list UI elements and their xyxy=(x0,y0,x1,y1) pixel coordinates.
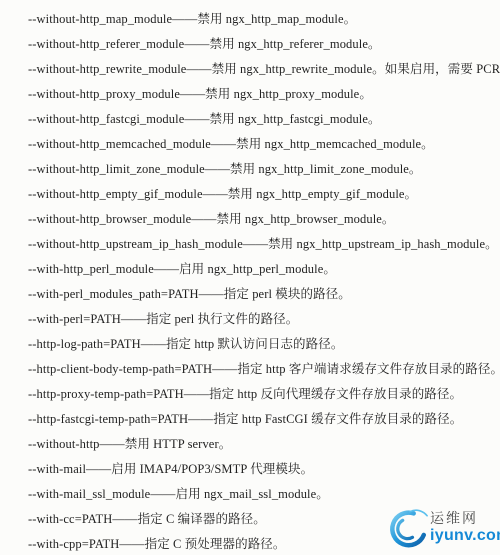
watermark-domain: iyunv.com xyxy=(430,527,500,544)
config-option-line: --http-log-path=PATH——指定 http 默认访问日志的路径。 xyxy=(28,330,500,355)
config-option-line: --with-perl_modules_path=PATH——指定 perl 模… xyxy=(28,280,500,305)
config-option-line: --without-http_memcached_module——禁用 ngx_… xyxy=(28,130,500,155)
document-lines: --without-http_map_module——禁用 ngx_http_m… xyxy=(28,5,500,555)
config-option-line: --with-mail——启用 IMAP4/POP3/SMTP 代理模块。 xyxy=(28,455,500,480)
config-option-line: --without-http_rewrite_module——禁用 ngx_ht… xyxy=(28,55,500,80)
config-option-line: --without-http——禁用 HTTP server。 xyxy=(28,430,500,455)
watermark-text: 运维网 iyunv.com xyxy=(430,503,500,544)
config-option-line: --http-fastcgi-temp-path=PATH——指定 http F… xyxy=(28,405,500,430)
watermark-site-name: 运维网 xyxy=(430,511,500,526)
config-option-line: --without-http_referer_module——禁用 ngx_ht… xyxy=(28,30,500,55)
config-option-line: --with-perl=PATH——指定 perl 执行文件的路径。 xyxy=(28,305,500,330)
config-option-line: --without-http_fastcgi_module——禁用 ngx_ht… xyxy=(28,105,500,130)
config-option-line: --without-http_upstream_ip_hash_module——… xyxy=(28,230,500,255)
iyunv-watermark: 运维网 iyunv.com xyxy=(388,503,498,553)
scanned-document-page: --without-http_map_module——禁用 ngx_http_m… xyxy=(0,0,500,555)
config-option-line: --with-http_perl_module——启用 ngx_http_per… xyxy=(28,255,500,280)
config-option-line: --without-http_map_module——禁用 ngx_http_m… xyxy=(28,5,500,30)
config-option-line: --with-mail_ssl_module——启用 ngx_mail_ssl_… xyxy=(28,480,500,505)
config-option-line: --http-client-body-temp-path=PATH——指定 ht… xyxy=(28,355,500,380)
swirl-icon xyxy=(388,503,432,555)
config-option-line: --without-http_browser_module——禁用 ngx_ht… xyxy=(28,205,500,230)
config-option-line: --without-http_proxy_module——禁用 ngx_http… xyxy=(28,80,500,105)
config-option-line: --http-proxy-temp-path=PATH——指定 http 反向代… xyxy=(28,380,500,405)
config-option-line: --without-http_limit_zone_module——禁用 ngx… xyxy=(28,155,500,180)
config-option-line: --without-http_empty_gif_module——禁用 ngx_… xyxy=(28,180,500,205)
